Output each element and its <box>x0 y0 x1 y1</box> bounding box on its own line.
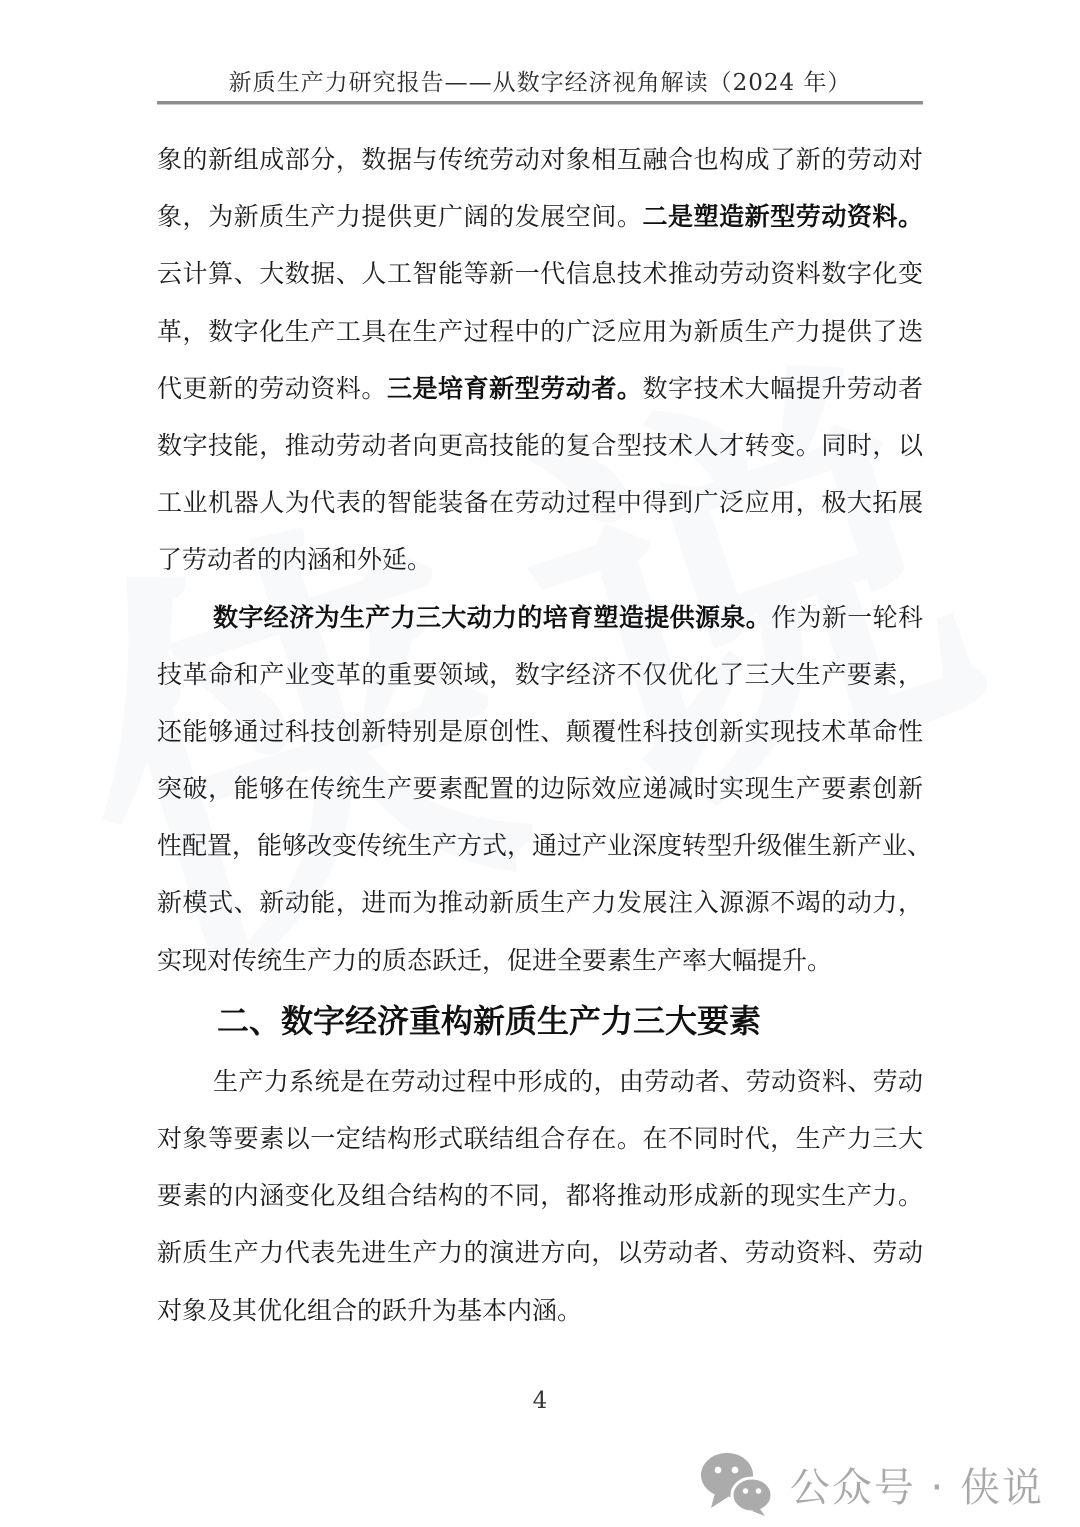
page-header-title: 新质生产力研究报告——从数字经济视角解读（2024 年） <box>0 64 1080 97</box>
text-segment: 实现对传统生产力的质态跃迁，促进全要素生产率大幅提升。 <box>157 946 832 975</box>
text-segment: 技革命和产业变革的重要领域，数字经济不仅优化了三大生产要素， <box>157 660 923 689</box>
section-heading: 二、数字经济重构新质生产力三大要素 <box>157 989 923 1053</box>
text-line: 新质生产力代表先进生产力的演进方向，以劳动者、劳动资料、劳动 <box>157 1224 923 1281</box>
text-line: 性配置，能够改变传统生产方式，通过产业深度转型升级催生新产业、 <box>157 817 923 874</box>
document-body: 象的新组成部分，数据与传统劳动对象相互融合也构成了新的劳动对象，为新质生产力提供… <box>157 131 923 1339</box>
wechat-stamp-label: 公众号 · 侠说 <box>790 1456 1044 1513</box>
text-line: 要素的内涵变化及组合结构的不同，都将推动形成新的现实生产力。 <box>157 1167 923 1224</box>
bold-text-segment: 数字经济为生产力三大动力的培育塑造提供源泉。 <box>213 603 771 632</box>
text-line: 突破，能够在传统生产要素配置的边际效应递减时实现生产要素创新 <box>157 760 923 817</box>
text-line: 革，数字化生产工具在生产过程中的广泛应用为新质生产力提供了迭 <box>157 303 923 360</box>
text-segment: 云计算、大数据、人工智能等新一代信息技术推动劳动资料数字化变 <box>157 259 923 288</box>
bold-text-segment: 二是塑造新型劳动资料。 <box>642 202 923 231</box>
text-line: 实现对传统生产力的质态跃迁，促进全要素生产率大幅提升。 <box>157 932 923 989</box>
text-line: 新模式、新动能，进而为推动新质生产力发展注入源源不竭的动力， <box>157 874 923 931</box>
text-segment: 象，为新质生产力提供更广阔的发展空间。 <box>157 202 642 231</box>
page-number: 4 <box>0 1388 1080 1414</box>
text-segment: 数字技术大幅提升劳动者 <box>642 374 923 403</box>
text-line: 生产力系统是在劳动过程中形成的，由劳动者、劳动资料、劳动 <box>157 1053 923 1110</box>
text-segment: 作为新一轮科 <box>771 603 923 632</box>
text-line: 代更新的劳动资料。三是培育新型劳动者。数字技术大幅提升劳动者 <box>157 360 923 417</box>
text-segment: 生产力系统是在劳动过程中形成的，由劳动者、劳动资料、劳动 <box>213 1067 923 1096</box>
text-line: 了劳动者的内涵和外延。 <box>157 531 923 588</box>
text-segment: 数字技能，推动劳动者向更高技能的复合型技术人才转变。同时，以 <box>157 431 923 460</box>
bold-text-segment: 三是培育新型劳动者。 <box>387 374 643 403</box>
text-segment: 对象等要素以一定结构形式联结组合存在。在不同时代，生产力三大 <box>157 1124 923 1153</box>
text-segment: 象的新组成部分，数据与传统劳动对象相互融合也构成了新的劳动对 <box>157 145 923 174</box>
wechat-account-stamp: 公众号 · 侠说 <box>700 1452 1044 1516</box>
text-line: 数字经济为生产力三大动力的培育塑造提供源泉。作为新一轮科 <box>157 589 923 646</box>
text-segment: 了劳动者的内涵和外延。 <box>157 545 432 574</box>
text-line: 对象等要素以一定结构形式联结组合存在。在不同时代，生产力三大 <box>157 1110 923 1167</box>
text-line: 云计算、大数据、人工智能等新一代信息技术推动劳动资料数字化变 <box>157 245 923 302</box>
text-segment: 突破，能够在传统生产要素配置的边际效应递减时实现生产要素创新 <box>157 774 923 803</box>
text-segment: 革，数字化生产工具在生产过程中的广泛应用为新质生产力提供了迭 <box>157 317 923 346</box>
text-segment: 代更新的劳动资料。 <box>157 374 387 403</box>
text-segment: 对象及其优化组合的跃升为基本内涵。 <box>157 1296 582 1325</box>
text-line: 技革命和产业变革的重要领域，数字经济不仅优化了三大生产要素， <box>157 646 923 703</box>
bold-text-segment: 二、数字经济重构新质生产力三大要素 <box>217 1002 761 1040</box>
text-segment: 还能够通过科技创新特别是原创性、颠覆性科技创新实现技术革命性 <box>157 717 923 746</box>
text-segment: 性配置，能够改变传统生产方式，通过产业深度转型升级催生新产业、 <box>157 831 932 860</box>
text-segment: 新模式、新动能，进而为推动新质生产力发展注入源源不竭的动力， <box>157 888 923 917</box>
text-line: 对象及其优化组合的跃升为基本内涵。 <box>157 1282 923 1339</box>
document-page: 新质生产力研究报告——从数字经济视角解读（2024 年） 侠说 象的新组成部分，… <box>0 0 1080 1527</box>
header-rule <box>157 101 923 105</box>
text-line: 工业机器人为代表的智能装备在劳动过程中得到广泛应用，极大拓展 <box>157 474 923 531</box>
text-line: 象，为新质生产力提供更广阔的发展空间。二是塑造新型劳动资料。 <box>157 188 923 245</box>
text-line: 象的新组成部分，数据与传统劳动对象相互融合也构成了新的劳动对 <box>157 131 923 188</box>
text-line: 还能够通过科技创新特别是原创性、颠覆性科技创新实现技术革命性 <box>157 703 923 760</box>
text-segment: 新质生产力代表先进生产力的演进方向，以劳动者、劳动资料、劳动 <box>157 1238 923 1267</box>
text-segment: 要素的内涵变化及组合结构的不同，都将推动形成新的现实生产力。 <box>157 1181 923 1210</box>
wechat-icon <box>700 1452 774 1516</box>
text-segment: 工业机器人为代表的智能装备在劳动过程中得到广泛应用，极大拓展 <box>157 488 923 517</box>
text-line: 数字技能，推动劳动者向更高技能的复合型技术人才转变。同时，以 <box>157 417 923 474</box>
